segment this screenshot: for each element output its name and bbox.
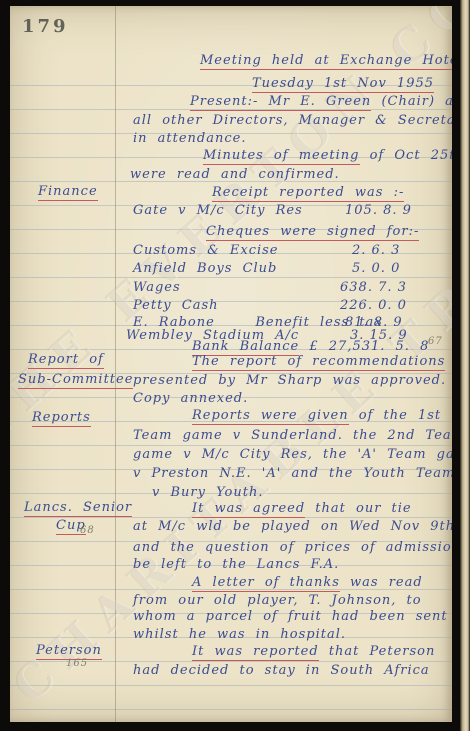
phrase: presented by Mr Sharp was approved. bbox=[133, 373, 446, 388]
minutes-line: v Bury Youth. bbox=[152, 485, 263, 500]
margin-note: Lancs. Senior bbox=[24, 500, 132, 515]
phrase: as bbox=[445, 354, 452, 369]
minutes-line: Present:- Mr E. Green (Chair) and bbox=[190, 94, 452, 109]
minutes-line: whilst he was in hospital. bbox=[133, 627, 346, 642]
phrase: Gate v M/c City Res bbox=[133, 203, 303, 218]
minutes-line: Minutes of meeting of Oct 25th bbox=[203, 148, 452, 163]
minutes-line: A letter of thanks was read bbox=[192, 575, 423, 590]
margin-note-label: Report of bbox=[28, 352, 104, 369]
phrase: Copy annexed. bbox=[133, 391, 248, 406]
minutes-line: at M/c wld be played on Wed Nov 9th bbox=[133, 519, 452, 534]
amount-value: 105. 8. 9 bbox=[345, 203, 412, 218]
phrase: that Peterson bbox=[319, 644, 436, 659]
underlined-phrase: Minutes of meeting bbox=[203, 148, 360, 165]
minutes-line: Wages bbox=[133, 280, 181, 295]
minutes-line: presented by Mr Sharp was approved. bbox=[133, 373, 446, 388]
phrase: Petty Cash bbox=[133, 298, 219, 313]
minutes-line: were read and confirmed. bbox=[130, 167, 340, 182]
scanned-minute-book-page: THE EVERTON COLLECTION CHARITABLE TRUST … bbox=[0, 0, 470, 731]
minutes-line: Tuesday 1st Nov 1955 bbox=[252, 76, 434, 91]
phrase: Wages bbox=[133, 280, 181, 295]
phrase: all other Directors, Manager & Secretary bbox=[133, 113, 452, 128]
pencil-note: 68 bbox=[80, 525, 95, 536]
phrase: from our old player, T. Johnson, to bbox=[133, 593, 422, 608]
minutes-line: be left to the Lancs F.A. bbox=[133, 557, 339, 572]
phrase: game v M/c City Res, the 'A' Team game bbox=[133, 447, 452, 462]
minutes-line: Receipt reported was :- bbox=[212, 185, 404, 200]
phrase: whom a parcel of fruit had been sent bbox=[133, 609, 448, 624]
minutes-line: Cheques were signed for:- bbox=[206, 224, 419, 239]
pencil-note: 165 bbox=[66, 658, 88, 669]
minutes-line: Anfield Boys Club bbox=[133, 261, 277, 276]
phrase: whilst he was in hospital. bbox=[133, 627, 346, 642]
book-gutter bbox=[452, 0, 460, 731]
margin-note-label: Reports bbox=[32, 410, 91, 427]
underlined-phrase: The report of recommendations bbox=[192, 354, 445, 371]
minutes-line: Team game v Sunderland. the 2nd Team bbox=[133, 428, 452, 443]
minutes-line: from our old player, T. Johnson, to bbox=[133, 593, 422, 608]
phrase: was read bbox=[340, 575, 423, 590]
phrase: be left to the Lancs F.A. bbox=[133, 557, 339, 572]
phrase: of Oct 25th bbox=[360, 148, 453, 163]
margin-note-label: Lancs. Senior bbox=[24, 500, 132, 517]
underlined-phrase: Present:- bbox=[190, 94, 269, 111]
phrase: were read and confirmed. bbox=[130, 167, 340, 182]
underlined-phrase: Receipt reported was :- bbox=[212, 185, 404, 202]
margin-note: Reports bbox=[32, 410, 91, 425]
underlined-phrase: It was agreed bbox=[192, 501, 305, 518]
underlined-phrase: Mr E. Green bbox=[269, 94, 372, 111]
minutes-line: Gate v M/c City Res bbox=[133, 203, 303, 218]
margin-note: Report of bbox=[28, 352, 104, 367]
margin-note: Sub-Committee bbox=[18, 372, 133, 387]
underlined-phrase: A letter of thanks bbox=[192, 575, 340, 592]
amount-value: 638. 7. 3 bbox=[340, 280, 407, 295]
phrase: v Bury Youth. bbox=[152, 485, 263, 500]
minutes-line: The report of recommendations as bbox=[192, 354, 452, 369]
phrase: (Chair) and bbox=[371, 94, 452, 109]
phrase: Team game v Sunderland. the 2nd Team bbox=[133, 428, 452, 443]
minutes-line: v Preston N.E. 'A' and the Youth Team bbox=[133, 466, 452, 481]
underlined-phrase: Reports were given bbox=[192, 408, 349, 425]
margin-note: Peterson bbox=[36, 643, 102, 658]
margin-note-label: Sub-Committee bbox=[18, 372, 133, 389]
amount-value: 5. 0. 0 bbox=[352, 261, 400, 276]
phrase: had decided to stay in South Africa bbox=[133, 663, 430, 678]
margin-note-label: Finance bbox=[38, 184, 98, 201]
phrase: £ 27,531. 5. 8 bbox=[299, 339, 429, 354]
minutes-line: Petty Cash bbox=[133, 298, 219, 313]
pencil-note: 67 bbox=[428, 336, 443, 347]
phrase: and the question of prices of admission bbox=[133, 540, 452, 555]
minutes-line: all other Directors, Manager & Secretary bbox=[133, 113, 452, 128]
minutes-line: Reports were given of the 1st bbox=[192, 408, 441, 423]
phrase: v Preston N.E. 'A' and the Youth Team bbox=[133, 466, 452, 481]
phrase: Anfield Boys Club bbox=[133, 261, 277, 276]
ledger-sheet: THE EVERTON COLLECTION CHARITABLE TRUST … bbox=[10, 6, 452, 722]
phrase: that our tie bbox=[305, 501, 411, 516]
phrase: at M/c wld be played on Wed Nov 9th bbox=[133, 519, 452, 534]
minutes-line: and the question of prices of admission bbox=[133, 540, 452, 555]
minutes-line: whom a parcel of fruit had been sent bbox=[133, 609, 448, 624]
underlined-phrase: Cheques were signed for:- bbox=[206, 224, 419, 241]
amount-value: 2. 6. 3 bbox=[352, 243, 400, 258]
margin-rule-line bbox=[115, 6, 116, 722]
margin-note: Finance bbox=[38, 184, 98, 199]
minutes-line: It was agreed that our tie bbox=[192, 501, 412, 516]
amount-value: 226. 0. 0 bbox=[340, 298, 407, 313]
minutes-line: Copy annexed. bbox=[133, 391, 248, 406]
minutes-line: in attendance. bbox=[133, 131, 246, 146]
minutes-line: Customs & Excise bbox=[133, 243, 279, 258]
phrase: Customs & Excise bbox=[133, 243, 279, 258]
underlined-phrase: Tuesday 1st Nov 1955 bbox=[252, 76, 434, 93]
underlined-phrase: It was reported bbox=[192, 644, 319, 661]
phrase: of the 1st bbox=[349, 408, 442, 423]
minutes-line: It was reported that Peterson bbox=[192, 644, 435, 659]
next-page-edge bbox=[460, 0, 470, 731]
underlined-phrase: Meeting held at Exchange Hotel bbox=[200, 53, 452, 70]
minutes-line: Bank Balance £ 27,531. 5. 8 bbox=[192, 339, 429, 354]
phrase: in attendance. bbox=[133, 131, 246, 146]
page-number-stamp: 179 bbox=[22, 16, 69, 37]
minutes-line: game v M/c City Res, the 'A' Team game bbox=[133, 447, 452, 462]
minutes-line: had decided to stay in South Africa bbox=[133, 663, 430, 678]
minutes-line: Meeting held at Exchange Hotel bbox=[200, 53, 452, 68]
